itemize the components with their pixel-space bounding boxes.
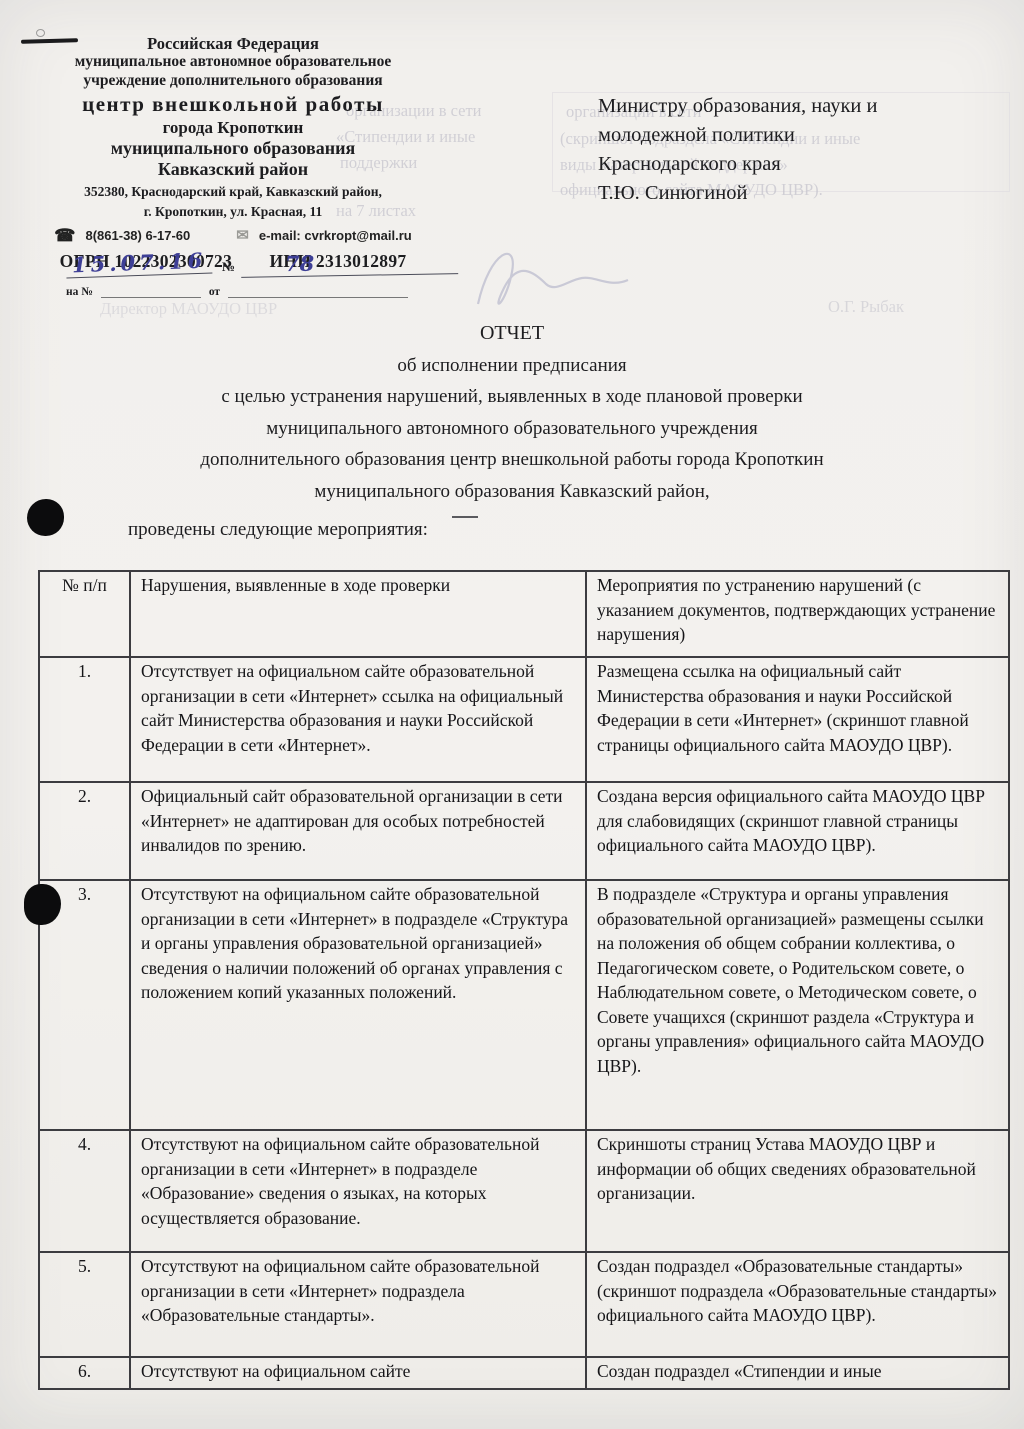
cell-number: 2. <box>39 782 130 880</box>
cell-number: 6. <box>39 1357 130 1389</box>
letterhead-org-type2: учреждение дополнительного образования <box>26 72 440 91</box>
cell-violation: Отсутствуют на официальном сайте образов… <box>130 880 586 1130</box>
email-icon: ✉ <box>236 229 249 243</box>
cell-violation: Отсутствуют на официальном сайте <box>130 1357 586 1389</box>
cell-violation: Отсутствует на официальном сайте образов… <box>130 657 586 782</box>
ghost-signature <box>460 232 670 322</box>
cell-action: Скриншоты страниц Устава МАОУДО ЦВР и ин… <box>586 1130 1009 1252</box>
cell-action: Создан подраздел «Образовательные станда… <box>586 1252 1009 1357</box>
table-row: 4.Отсутствуют на официальном сайте образ… <box>39 1130 1009 1252</box>
contact-line: ☎ 8(861-38) 6-17-60 ✉ e-mail: cvrkropt@m… <box>26 228 440 243</box>
table-row: 1.Отсутствует на официальном сайте образ… <box>39 657 1009 782</box>
na-number-label: на № <box>66 286 93 298</box>
cell-violation: Официальный сайт образовательной организ… <box>130 782 586 880</box>
title-line: ОТЧЕТ <box>60 318 964 350</box>
title-line: с целью устранения нарушений, выявленных… <box>60 381 964 413</box>
cell-violation: Отсутствуют на официальном сайте образов… <box>130 1130 586 1252</box>
title-line: дополнительного образования центр внешко… <box>60 444 964 476</box>
addressee-line: молодежной политики <box>598 121 998 150</box>
punch-hole <box>27 499 64 536</box>
table-row: 2.Официальный сайт образовательной орган… <box>39 782 1009 880</box>
cell-action: Размещена ссылка на официальный сайт Мин… <box>586 657 1009 782</box>
cell-violation: Отсутствуют на официальном сайте образов… <box>130 1252 586 1357</box>
title-line: об исполнении предписания <box>60 350 964 382</box>
addressee-line: Краснодарского края <box>598 150 998 179</box>
phone-number: 8(861-38) 6-17-60 <box>85 228 190 243</box>
letterhead-city: города Кропоткин <box>26 117 440 138</box>
ghost-signer-name: О.Г. Рыбак <box>828 294 904 319</box>
letterhead: Российская Федерация муниципальное автон… <box>26 34 440 272</box>
letterhead-address-line1: 352380, Краснодарский край, Кавказский р… <box>26 182 440 202</box>
stray-scan-mark <box>452 516 478 518</box>
table-row: 3.Отсутствуют на официальном сайте образ… <box>39 880 1009 1130</box>
outgoing-reg-line: 15.07.16 № 78 <box>66 250 458 276</box>
letterhead-country: Российская Федерация <box>26 34 440 53</box>
header-cell-action: Мероприятия по устранению нарушений (с у… <box>586 571 1009 657</box>
blank-underline <box>228 297 408 298</box>
handwritten-number: 78 <box>241 248 458 278</box>
letterhead-municipality: муниципального образования <box>26 138 440 159</box>
email-address: e-mail: cvrkropt@mail.ru <box>259 228 412 243</box>
incoming-ref-line: на № от <box>66 286 458 298</box>
number-sign-label: № <box>222 259 235 275</box>
scanned-report-page: организации в сети «Стипендии и иные под… <box>0 0 1024 1429</box>
addressee-line: Министру образования, науки и <box>598 92 998 121</box>
handwritten-date: 15.07.16 <box>66 247 213 278</box>
letterhead-district: Кавказский район <box>26 159 440 180</box>
header-cell-violation: Нарушения, выявленные в ходе проверки <box>130 571 586 657</box>
letterhead-address-line2: г. Кропоткин, ул. Красная, 11 <box>26 202 440 222</box>
blank-underline <box>101 297 201 298</box>
cell-action: Создан подраздел «Стипендии и иные <box>586 1357 1009 1389</box>
violations-table-body: 1.Отсутствует на официальном сайте образ… <box>39 657 1009 1389</box>
cell-action: Создана версия официального сайта МАОУДО… <box>586 782 1009 880</box>
addressee-name: Т.Ю. Синюгиной <box>598 179 998 208</box>
table-row: 6.Отсутствуют на официальном сайтеСоздан… <box>39 1357 1009 1389</box>
title-line: муниципального образования Кавказский ра… <box>60 476 964 508</box>
cell-number: 1. <box>39 657 130 782</box>
lead-in-text: проведены следующие мероприятия: <box>128 519 428 541</box>
phone-icon: ☎ <box>54 229 75 243</box>
violations-table: № п/п Нарушения, выявленные в ходе прове… <box>38 570 1010 1390</box>
table-row: 5.Отсутствуют на официальном сайте образ… <box>39 1252 1009 1357</box>
letterhead-org-type1: муниципальное автономное образовательное <box>26 53 440 72</box>
letterhead-org-name: центр внешкольной работы <box>26 92 440 117</box>
document-title: ОТЧЕТ об исполнении предписания с целью … <box>60 318 964 507</box>
ot-label: от <box>209 286 220 298</box>
table-header: № п/п Нарушения, выявленные в ходе прове… <box>39 571 1009 657</box>
addressee-block: Министру образования, науки и молодежной… <box>598 92 998 208</box>
cell-action: В подразделе «Структура и органы управле… <box>586 880 1009 1130</box>
title-line: муниципального автономного образовательн… <box>60 413 964 445</box>
cell-number: 4. <box>39 1130 130 1252</box>
header-cell-number: № п/п <box>39 571 130 657</box>
cell-number: 5. <box>39 1252 130 1357</box>
pen-ring-mark <box>36 29 45 37</box>
